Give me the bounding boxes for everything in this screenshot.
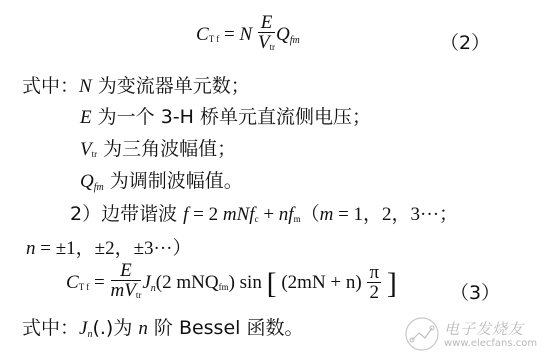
eq2-fraction: E Vtr <box>258 14 275 57</box>
watermark-url: www.elecfans.com <box>444 338 537 349</box>
equation-3-number: （3） <box>450 278 500 305</box>
eq3-frac-num: E <box>111 262 142 281</box>
eq2-lhs: C <box>196 24 209 45</box>
eq2-tail-sub: fm <box>290 35 300 46</box>
var-Vtr-desc: 为三角波幅值； <box>97 138 236 160</box>
eq3-frac-den: mV <box>111 280 136 301</box>
var-Qfm-sub: fm <box>94 182 104 193</box>
eq2-frac-den: V <box>258 32 270 53</box>
var-E-desc: 为一个 3-H 桥单元直流侧电压； <box>92 106 371 128</box>
eq3-right-bracket: ] <box>387 267 397 300</box>
sideband-paren: （ <box>301 203 320 225</box>
eq3-sin: sin <box>240 272 262 293</box>
watermark-logo-icon <box>404 316 440 352</box>
where-prefix: 式中： <box>22 75 79 97</box>
eq2-lhs-sub: T f <box>209 34 220 44</box>
where-line-5: 式中：Jn(.)为 n 阶 Bessel 函数。 <box>22 313 303 340</box>
eq3-arg-sub: fm <box>219 282 229 292</box>
eq3-bessel: J <box>142 272 150 293</box>
sideband-n-values: = ±1，±2，±3···） <box>36 238 192 259</box>
equation-2-number: （2） <box>440 28 490 55</box>
eq3-lhs-sub: T f <box>79 282 90 292</box>
eq3-arg-close: ) <box>229 272 235 293</box>
sideband-plus: + <box>259 204 279 225</box>
where-line-2: E 为一个 3-H 桥单元直流侧电压； <box>80 102 371 129</box>
var-Qfm-desc: 为调制波幅值。 <box>104 170 243 192</box>
eq3-pi-num: π <box>367 264 381 283</box>
where-line-4: Qfm 为调制波幅值。 <box>80 166 243 193</box>
var-Vtr: V <box>80 139 92 160</box>
sideband-mNf: mNf <box>223 204 255 225</box>
sideband-nf: nf <box>279 204 294 225</box>
sideband-line: 2）边带谐波 f = 2 mNfc + nfm（m = 1，2，3···； <box>70 199 458 226</box>
eq3-fraction: E mVtr <box>111 262 142 305</box>
eq3-lhs: C <box>66 272 79 293</box>
var-Qfm: Q <box>80 171 94 192</box>
var-Jn-desc2: 阶 Bessel 函数。 <box>148 317 304 339</box>
var-N: N <box>79 76 92 97</box>
where-line-1: 式中：N 为变流器单元数； <box>22 71 250 98</box>
sideband-m-sub: m <box>294 214 301 224</box>
eq3-frac-den-sub: tr <box>136 290 142 300</box>
eq2-equals: = <box>224 24 235 45</box>
eq3-inner: (2mN + n) <box>281 272 361 293</box>
watermark-brand: 电子发烧友 <box>444 318 524 339</box>
eq3-arg: (2 mNQ <box>156 272 219 293</box>
where-prefix-2: 式中： <box>22 317 79 339</box>
eq2-frac-den-sub: tr <box>270 42 276 52</box>
eq3-pi-den: 2 <box>367 283 381 303</box>
var-E: E <box>80 107 92 128</box>
eq3-pi-fraction: π 2 <box>367 264 381 303</box>
var-Jn-desc1: (.)为 <box>92 317 138 339</box>
sideband-line-2: n = ±1，±2，±3···） <box>26 233 191 260</box>
sideband-n: n <box>26 238 36 259</box>
eq2-coef: N <box>240 24 253 45</box>
equation-2: CT f = N E Vtr Qfm <box>196 14 300 57</box>
var-n: n <box>138 318 148 339</box>
sideband-m-values: = 1，2，3···； <box>333 204 458 225</box>
eq2-tail: Q <box>276 24 290 45</box>
sideband-m: m <box>320 204 334 225</box>
sideband-eq: = 2 <box>188 204 222 225</box>
var-N-desc: 为变流器单元数； <box>92 75 250 97</box>
sideband-label: 2）边带谐波 <box>70 203 183 225</box>
eq2-frac-num: E <box>258 14 275 33</box>
equation-3: CT f = E mVtr Jn(2 mNQfm) sin [ (2mN + n… <box>66 262 397 305</box>
where-line-3: Vtr 为三角波幅值； <box>80 134 236 161</box>
eq3-left-bracket: [ <box>267 267 277 300</box>
eq3-equals: = <box>94 272 105 293</box>
